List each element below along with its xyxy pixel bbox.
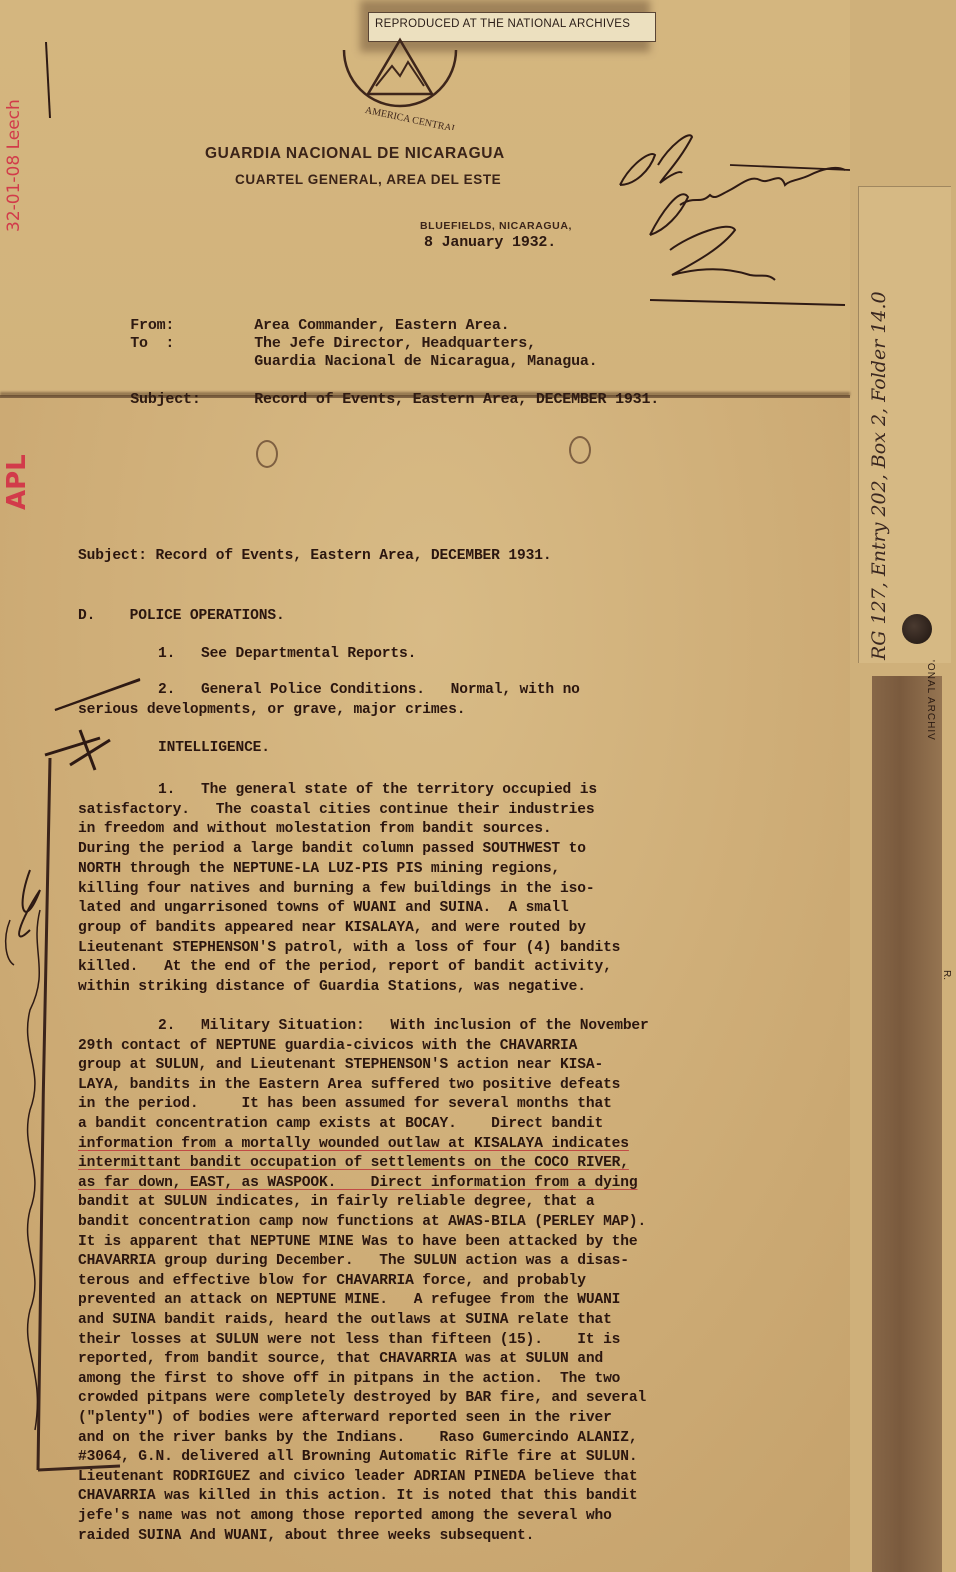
paragraph-line: crowded pitpans were completely destroye… [78,1390,646,1406]
archive-edge-text-2: R. [941,970,952,980]
paragraph-line: lated and ungarrisoned towns of WUANI an… [78,900,569,916]
red-margin-note: 32-01-08 Leech [4,99,24,232]
item-1: 1. See Departmental Reports. [78,646,416,662]
section-e-heading: INTELLIGENCE. [78,740,270,756]
handwritten-signature [610,125,850,315]
paragraph-line: a bandit concentration camp exists at BO… [78,1116,603,1132]
scanned-document-page: 'ONAL ARCHIV R. REPRODUCED AT THE NATION… [0,0,956,1572]
paragraph-line: killing four natives and burning a few b… [78,881,594,897]
seal-text: AMERICA CENTRAL [364,105,458,130]
paragraph-line: within striking distance of Guardia Stat… [78,979,586,995]
archive-edge-text: 'ONAL ARCHIV [925,660,936,741]
paragraph-line: as far down, EAST, as WASPOOK. Direct in… [78,1175,638,1191]
paragraph-line: satisfactory. The coastal cities continu… [78,802,594,818]
paragraph-line: Lieutenant RODRIGUEZ and civico leader A… [78,1469,638,1485]
letter-date: 8 January 1932. [424,234,556,251]
paragraph-line: information from a mortally wounded outl… [78,1136,629,1152]
paragraph-line: jefe's name was not among those reported… [78,1508,612,1524]
letterhead-place: BLUEFIELDS, NICARAGUA, [420,220,572,232]
paragraph-line: terous and effective blow for CHAVARRIA … [78,1273,586,1289]
to-value-2: Guardia Nacional de Nicaragua, Managua. [254,353,597,370]
paragraph-line: and SUINA bandit raids, heard the outlaw… [78,1312,612,1328]
paragraph-line: in freedom and without molestation from … [78,821,551,837]
paragraph-line: 29th contact of NEPTUNE guardia-civicos … [78,1038,577,1054]
margin-pencil-line [36,40,56,120]
subject-row: Subject:Record of Events, Eastern Area, … [95,374,659,425]
paragraph-line: prevented an attack on NEPTUNE MINE. A r… [78,1292,620,1308]
paragraph-line: 2. Military Situation: With inclusion of… [78,1018,649,1034]
pin-hole-icon [902,614,932,644]
paragraph-line: and on the river banks by the Indians. R… [78,1430,638,1446]
paragraph-line: among the first to shove off in pitpans … [78,1371,620,1387]
paragraph-line: raided SUINA And WUANI, about three week… [78,1528,534,1544]
paragraph-line: bandit at SULUN indicates, in fairly rel… [78,1194,594,1210]
paragraph-line: During the period a large bandit column … [78,841,586,857]
paragraph-line: reported, from bandit source, that CHAVA… [78,1351,603,1367]
letterhead-sub: CUARTEL GENERAL, AREA DEL ESTE [235,172,501,187]
paragraph-line: Lieutenant STEPHENSON'S patrol, with a l… [78,940,620,956]
item-2: 2. General Police Conditions. Normal, wi… [78,682,580,698]
paragraph-line: NORTH through the NEPTUNE-LA LUZ-PIS PIS… [78,861,560,877]
seal-icon: AMERICA CENTRAL [340,30,460,130]
subject-label: Subject: [130,391,254,408]
punch-hole [256,440,278,468]
paragraph-line: bandit concentration camp now functions … [78,1214,646,1230]
paragraph-line: in the period. It has been assumed for s… [78,1096,612,1112]
paragraph-line: CHAVARRIA group during December. The SUL… [78,1253,629,1269]
scan-shadow-band [872,676,942,1572]
page-subject-line: Subject: Record of Events, Eastern Area,… [78,548,551,564]
letterhead-org: GUARDIA NACIONAL DE NICARAGUA [205,145,505,163]
red-margin-initials: APL [2,454,32,510]
paragraph-line: It is apparent that NEPTUNE MINE Was to … [78,1234,638,1250]
paragraph-line: LAYA, bandits in the Eastern Area suffer… [78,1077,620,1093]
paragraph-line: group at SULUN, and Lieutenant STEPHENSO… [78,1057,603,1073]
paragraph-line: ("plenty") of bodies were afterward repo… [78,1410,612,1426]
subject-value: Record of Events, Eastern Area, DECEMBER… [254,391,659,408]
paragraph-line: #3064, G.N. delivered all Browning Autom… [78,1449,638,1465]
paragraph-line: CHAVARRIA was killed in this action. It … [78,1488,638,1504]
paragraph-line: killed. At the end of the period, report… [78,959,612,975]
punch-hole [569,436,591,464]
paragraph-line: 1. The general state of the territory oc… [78,782,597,798]
handwritten-archive-reference: RG 127, Entry 202, Box 2, Folder 14.0 [868,291,890,660]
section-d-heading: D. POLICE OPERATIONS. [78,608,285,624]
paragraph-line: group of bandits appeared near KISALAYA,… [78,920,586,936]
paragraph-line: their losses at SULUN were not less than… [78,1332,620,1348]
paragraph-line: intermittant bandit occupation of settle… [78,1155,629,1171]
item-2-continued: serious developments, or grave, major cr… [78,702,465,718]
